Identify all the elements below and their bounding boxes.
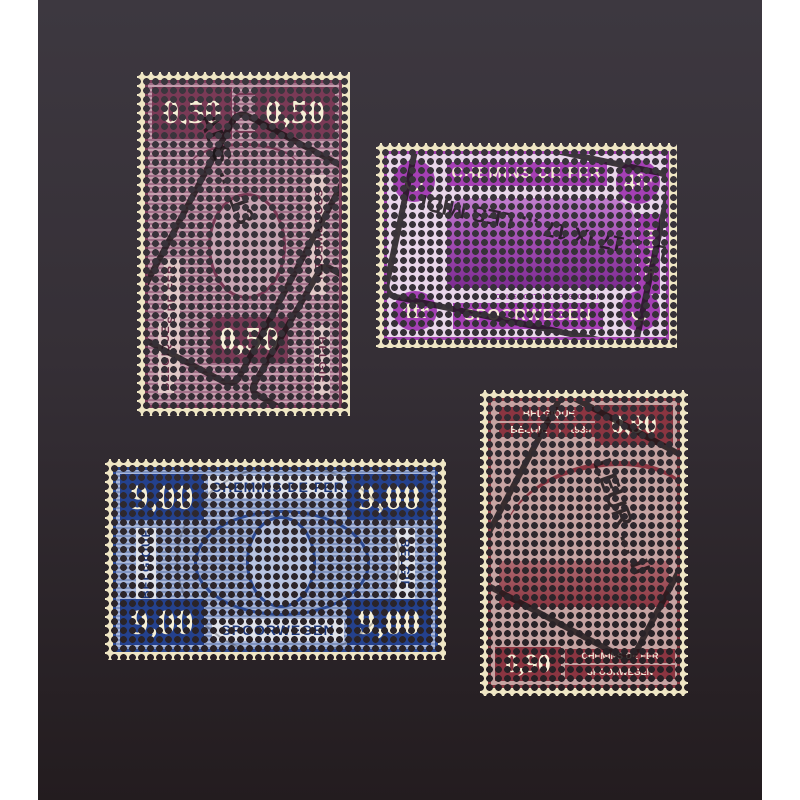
label-year: 1935	[561, 423, 599, 437]
locomotive-illustration-icon	[447, 198, 637, 288]
stamp-4fr: ◡ CHEMINS DE FER 4fr BELGIE COLIS POSTAU…	[376, 143, 677, 348]
winged-wheel-icon	[188, 143, 300, 196]
label-spoorwegen: SPOORWEGEN	[212, 619, 344, 641]
stamp-9-00: 9,00 CHEMINS DE FER 9,00 BELGIQUE BELGIE…	[105, 459, 446, 660]
label-belgique: BELGIQUE	[136, 528, 156, 600]
crown-ornament-icon	[234, 93, 262, 133]
value-top-left: 9,00	[120, 474, 204, 520]
caption-colis-postaux: COLIS POSTAUX - POSTCOLLI	[467, 292, 627, 302]
coat-of-arms-icon	[208, 193, 286, 299]
label-chemins-de-fer: CHEMINS DE FER	[447, 162, 607, 186]
value-top-right: 0,90	[595, 405, 673, 445]
label-belgique: BELGIQUE	[158, 323, 174, 393]
value-bottom-left: 9,00	[120, 599, 204, 645]
posthorn-icon: ◡	[393, 160, 435, 202]
train-illustration-icon	[499, 561, 669, 607]
value-bottom-left: 4fr	[393, 291, 437, 331]
value-top-right: 4fr	[616, 160, 660, 204]
coat-of-arms-icon	[246, 516, 316, 608]
stamp-design: BELGIQUE BELGIE 1935 0,90 0,90 CHEMINS D…	[488, 398, 680, 688]
value-bottom: 0,50	[210, 317, 288, 363]
stamp-0-90: BELGIQUE BELGIE 1935 0,90 0,90 CHEMINS D…	[480, 390, 688, 696]
label-chemins-de-fer: CHEMINS DE FER	[565, 649, 675, 663]
stamp-design: 0,50 0,50 CHEMINS DE FER SPOORWEGEN BELG…	[145, 80, 342, 408]
value-top-left: 0,50	[152, 87, 232, 139]
label-spoorwegen: SPOORWEGEN	[565, 665, 675, 679]
label-belgie: BELGIE	[499, 423, 559, 437]
value-bottom-right: 9,00	[347, 599, 431, 645]
label-spoorwegen: SPOORWEGEN	[310, 175, 326, 295]
stamp-design: 9,00 CHEMINS DE FER 9,00 BELGIQUE BELGIE…	[113, 467, 438, 652]
label-spoorwegen: SPOORWEGEN	[453, 303, 603, 329]
posthorn-icon: ◡	[620, 291, 660, 331]
label-chemins-de-fer: CHEMINS DE FER	[208, 476, 348, 498]
value-bottom-left: 0,90	[495, 647, 561, 681]
stamp-0-50: 0,50 0,50 CHEMINS DE FER SPOORWEGEN BELG…	[137, 72, 350, 416]
value-top-right: 0,50	[255, 87, 335, 139]
label-belgie: BELGIE	[638, 214, 660, 294]
label-belgie: BELGIE	[395, 528, 415, 600]
value-top-right: 9,00	[347, 474, 431, 520]
stamp-design: ◡ CHEMINS DE FER 4fr BELGIE COLIS POSTAU…	[384, 151, 669, 340]
label-belgique: BELGIQUE	[499, 407, 599, 421]
label-belgie: BELGIE	[314, 325, 330, 395]
